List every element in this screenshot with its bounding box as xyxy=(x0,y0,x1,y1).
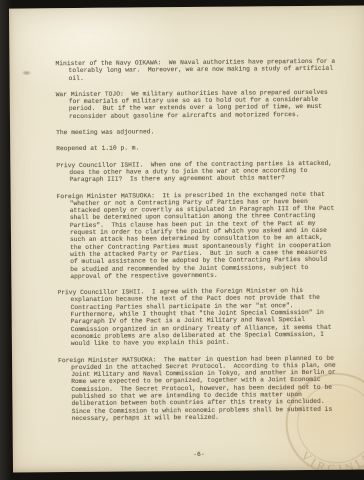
document-paragraph: Foreign Minister MATSUOKA: The matter in… xyxy=(58,354,339,422)
document-paragraph: The meeting was adjourned. xyxy=(56,127,336,137)
paper-smudge xyxy=(22,70,32,75)
document-paragraph: Foreign Minister MATSUOKA: It is prescri… xyxy=(57,190,338,280)
document-page: VIRGINIA Minister of the Navy OIKAWA: We… xyxy=(9,5,364,472)
document-paragraph: Reopened at 1.10 p. m. xyxy=(56,143,336,153)
document-text: Minister of the Navy OIKAWA: We Naval au… xyxy=(55,58,338,432)
document-paragraph: Privy Councillor ISHII. When one of the … xyxy=(56,159,336,183)
scanned-page-background: VIRGINIA Minister of the Navy OIKAWA: We… xyxy=(0,0,364,480)
document-paragraph: Minister of the Navy OIKAWA: We Naval au… xyxy=(55,58,335,82)
document-paragraph: War Minister TOJO: We military authoriti… xyxy=(56,89,336,121)
document-paragraph: Privy Councillor ISHII. I agree with the… xyxy=(57,287,337,348)
